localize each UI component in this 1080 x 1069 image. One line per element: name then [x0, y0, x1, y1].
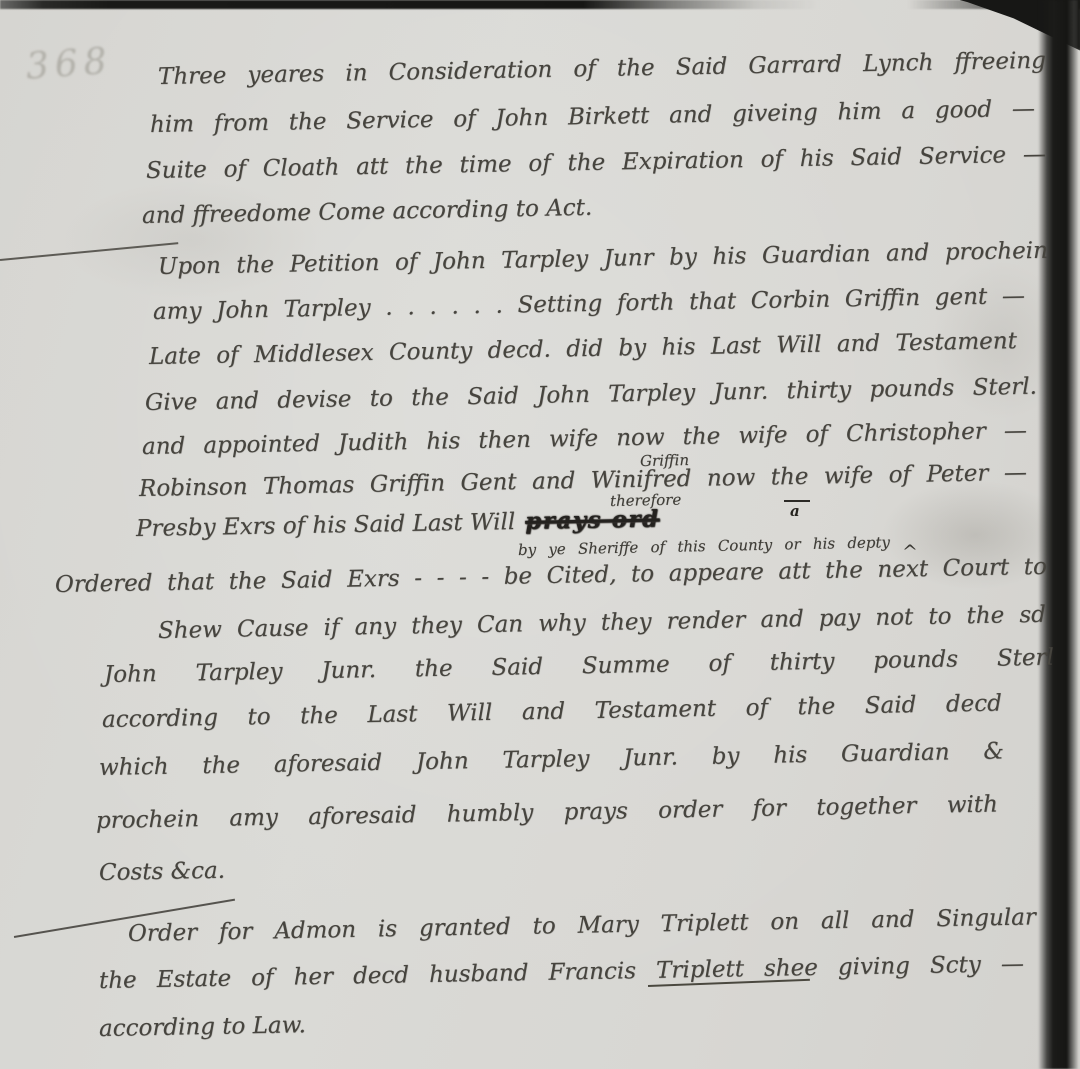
- manuscript-page: 368 Three yeares in Consideration of the…: [0, 0, 1080, 1069]
- pen-stroke: [14, 899, 235, 938]
- pen-stroke-strikethrough: [648, 979, 810, 987]
- manuscript-line: Order for Admon is granted to Mary Tripl…: [128, 902, 1036, 949]
- interline-insertion-griffin: Griffin: [640, 451, 689, 470]
- manuscript-line: John Tarpley Junr. the Said Summe of thi…: [104, 643, 1054, 690]
- paper-mottling: [60, 180, 320, 300]
- caret-insertion-mark: ^: [902, 541, 918, 563]
- manuscript-line: Robinson Thomas Griffin Gent and Winifre…: [139, 458, 1027, 504]
- manuscript-line: and ffreedome Come according to Act.: [142, 193, 572, 231]
- manuscript-line: Ordered that the Said Exrs - - - - be Ci…: [55, 552, 1047, 600]
- manuscript-line: prochein amy aforesaid humbly prays orde…: [96, 789, 998, 836]
- manuscript-line: Late of Middlesex County decd. did by hi…: [149, 326, 1017, 372]
- struck-out-text: prays ord: [525, 505, 660, 534]
- manuscript-line: Give and devise to the Said John Tarpley…: [145, 372, 1037, 418]
- manuscript-line: him from the Service of John Birkett and…: [150, 94, 1035, 140]
- ghost-page-number: 368: [25, 41, 114, 88]
- manuscript-line: Shew Cause if any they Can why they rend…: [158, 600, 1046, 646]
- manuscript-line: Suite of Cloath att the time of the Expi…: [146, 140, 1046, 186]
- abbreviation-mark: a: [784, 500, 810, 520]
- manuscript-line: according to the Last Will and Testament…: [102, 689, 1002, 735]
- manuscript-line: Three yeares in Consideration of the Sai…: [158, 46, 1046, 92]
- interline-insertion-sheriffe: by ye Sheriffe of this County or his dep…: [518, 533, 890, 559]
- manuscript-line: amy John Tarpley . . . . . . Setting for…: [153, 281, 1025, 327]
- pen-stroke: [0, 242, 178, 261]
- manuscript-line: the Estate of her decd husband Francis T…: [99, 949, 1024, 996]
- scan-edge-shadow-top: [0, 0, 1080, 9]
- manuscript-line: Presby Exrs of his Said Last Willprays o…: [136, 504, 660, 544]
- manuscript-line: Costs &ca.: [99, 855, 250, 888]
- book-gutter-shadow: [1038, 0, 1078, 1069]
- manuscript-line: which the aforesaid John Tarpley Junr. b…: [99, 736, 1004, 783]
- manuscript-line: according to Law.: [99, 1009, 360, 1044]
- interline-insertion-therefore: therefore: [610, 491, 682, 510]
- line-text: Presby Exrs of his Said Last Will: [136, 509, 516, 542]
- manuscript-line: and appointed Judith his then wife now t…: [142, 416, 1027, 462]
- manuscript-line: Upon the Petition of John Tarpley Junr b…: [158, 236, 1048, 282]
